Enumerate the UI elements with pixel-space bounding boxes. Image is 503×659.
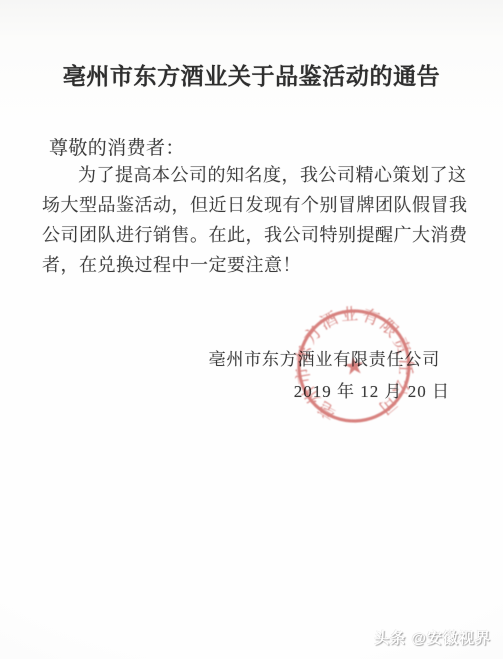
signature-company-name: 亳州市东方酒业有限责任公司	[209, 345, 440, 370]
toutiao-watermark: 头条 @安徽视界	[374, 627, 491, 648]
notice-title: 亳州市东方酒业关于品鉴活动的通告	[0, 58, 503, 91]
body-line: 公司团队进行销售。在此，我公司特别提醒广大消费	[42, 220, 468, 250]
salutation-line: 尊敬的消费者：	[49, 133, 185, 160]
body-line: 场大型品鉴活动，但近日发现有个别冒牌团队假冒我	[42, 190, 468, 220]
scanned-notice-photo: 亳州市东方酒业关于品鉴活动的通告 尊敬的消费者： 为了提高本公司的知名度，我公司…	[0, 0, 503, 659]
body-line: 者，在兑换过程中一定要注意！	[42, 250, 468, 280]
body-line: 为了提高本公司的知名度，我公司精心策划了这	[42, 160, 468, 190]
signature-date: 2019 年 12 月 20 日	[294, 377, 450, 402]
notice-body: 为了提高本公司的知名度，我公司精心策划了这 场大型品鉴活动，但近日发现有个别冒牌…	[42, 160, 468, 280]
